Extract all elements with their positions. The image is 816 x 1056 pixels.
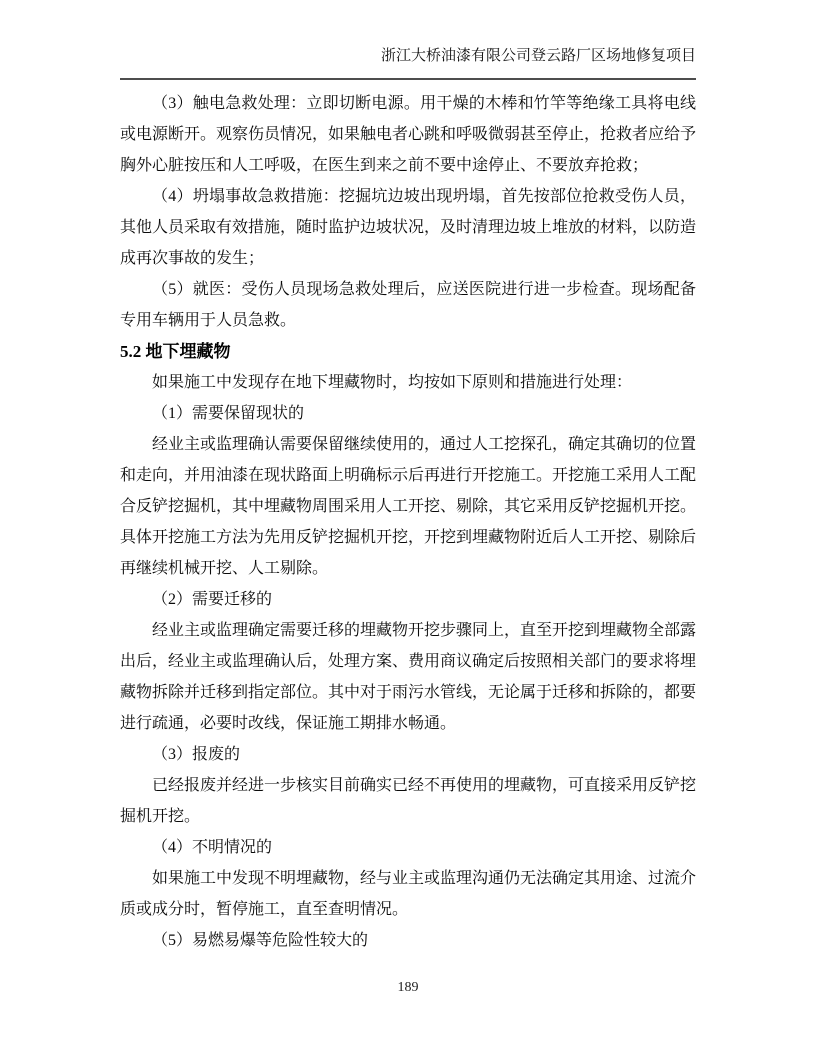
paragraph-scrapped-method: 已经报废并经进一步核实目前确实已经不再使用的埋藏物，可直接采用反铲挖掘机开挖。 <box>120 770 696 832</box>
paragraph-keep-current-method: 经业主或监理确认需要保留继续使用的，通过人工挖探孔，确定其确切的位置和走向，并用… <box>120 429 696 584</box>
paragraph-collapse-first-aid: （4）坍塌事故急救措施：挖掘坑边坡出现坍塌，首先按部位抢救受伤人员，其他人员采取… <box>120 181 696 274</box>
paragraph-electric-shock-first-aid: （3）触电急救处理：立即切断电源。用干燥的木棒和竹竿等绝缘工具将电线或电源断开。… <box>120 88 696 181</box>
page-footer: 189 <box>0 980 816 996</box>
document-page: 浙江大桥油漆有限公司登云路厂区场地修复项目 （3）触电急救处理：立即切断电源。用… <box>0 0 816 1056</box>
header-title: 浙江大桥油漆有限公司登云路厂区场地修复项目 <box>381 48 696 64</box>
paragraph-unknown-method: 如果施工中发现不明埋藏物，经与业主或监理沟通仍无法确定其用途、过流介质或成分时，… <box>120 863 696 925</box>
section-heading-underground-objects: 5.2 地下埋藏物 <box>120 336 696 367</box>
page-number: 189 <box>398 980 419 995</box>
page-header: 浙江大桥油漆有限公司登云路厂区场地修复项目 <box>120 46 696 80</box>
paragraph-medical-treatment: （5）就医：受伤人员现场急救处理后，应送医院进行进一步检查。现场配备专用车辆用于… <box>120 274 696 336</box>
item-1-keep-current-state: （1）需要保留现状的 <box>120 398 696 429</box>
item-5-flammable-explosive: （5）易燃易爆等危险性较大的 <box>120 925 696 956</box>
item-3-scrapped: （3）报废的 <box>120 739 696 770</box>
paragraph-underground-intro: 如果施工中发现存在地下埋藏物时，均按如下原则和措施进行处理： <box>120 367 696 398</box>
paragraph-relocation-method: 经业主或监理确定需要迁移的埋藏物开挖步骤同上，直至开挖到埋藏物全部露出后，经业主… <box>120 615 696 739</box>
item-4-unknown: （4）不明情况的 <box>120 832 696 863</box>
item-2-relocation: （2）需要迁移的 <box>120 584 696 615</box>
page-body: （3）触电急救处理：立即切断电源。用干燥的木棒和竹竿等绝缘工具将电线或电源断开。… <box>120 88 696 956</box>
